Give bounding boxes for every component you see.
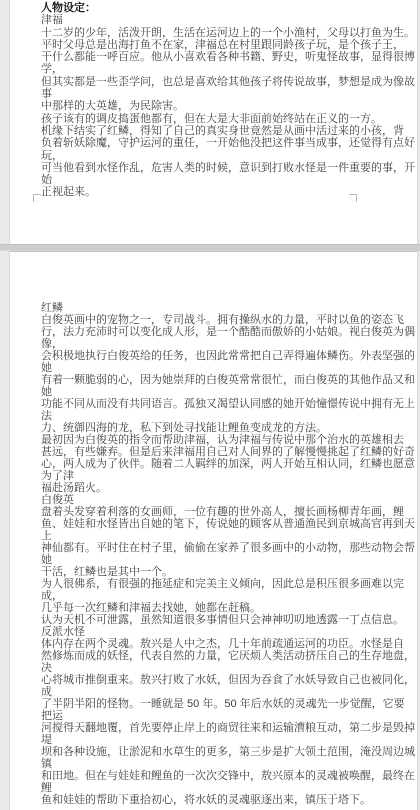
page-gap — [0, 244, 420, 251]
text-line: 坝和各种设施，让淤泥和水草生的更多，第三步是扩大领土范围，淹没周边城 — [41, 746, 371, 758]
text-line: 她 — [41, 386, 371, 398]
text-line: 事 — [41, 88, 371, 100]
text-line: 但其实都是一些歪学问，也总是喜欢给其他孩子将传说故事，梦想是成为像故 — [41, 76, 371, 88]
text-line: 干什么都能一呼百应。他从小喜欢看各种书籍、野史，听鬼怪故事，显得很博 — [41, 51, 371, 63]
text-line: 决 — [41, 662, 371, 674]
text-line: 白俊英 — [41, 494, 371, 506]
text-line: 为了津 — [41, 470, 371, 482]
text-line: 甚远，有些嫌弃。但是后来津福用自己对人间界的了解慢慢挑起了红鳞的好奇 — [41, 446, 371, 458]
text-line: 十二岁的少年，活泼开朗，生活在运河边上的一个小渔村，父母以打鱼为生。 — [41, 27, 371, 39]
page-1-lines: 津福十二岁的少年，活泼开朗，生活在运河边上的一个小渔村，父母以打鱼为生。平时父母… — [41, 14, 371, 198]
text-line: 干活，红鳞也是其中一个。 — [41, 566, 371, 578]
text-line: 认为天机不可泄露，虽然知道很多事情但只会神神叨叨地透露一丁点信息。 — [41, 614, 371, 626]
text-line: 负着斩妖除魔，守护运河的重任，一开始他没把这件事当成事，还觉得有点好 — [41, 137, 371, 149]
text-line: 体内存在两个灵魂。敖兴是人中之杰，几十年前疏通运河的功臣。水怪是自 — [41, 638, 371, 650]
text-line: 平时父母总是出海打鱼不在家，津福总在村里跟同龄孩子玩，是个孩子王， — [41, 39, 371, 51]
text-line: 成， — [41, 590, 371, 602]
text-line: 白俊英画中的宠物之一，专司战斗。拥有操纵水的力量，平时以鱼的姿态飞 — [41, 314, 371, 326]
text-line: 红鳞 — [41, 302, 371, 314]
text-line: 津福 — [41, 14, 371, 26]
page-1: 人物设定： 津福十二岁的少年，活泼开朗，生活在运河边上的一个小渔村，父母以打鱼为… — [9, 0, 418, 245]
text-line: 功能不同从而没有共同语言。孤独又渴望认同感的她开始憧憬传说中拥有无上 — [41, 398, 371, 410]
text-line: 福赴汤蹈火。 — [41, 482, 371, 494]
page-1-text: 人物设定： 津福十二岁的少年，活泼开朗，生活在运河边上的一个小渔村，父母以打鱼为… — [41, 2, 371, 199]
text-line: 堤 — [41, 734, 371, 746]
text-line: 几乎每一次红鳞和津福去找她，她都在赶稿。 — [41, 602, 371, 614]
text-line: 玩， — [41, 150, 371, 162]
text-line: 镇 — [41, 758, 371, 770]
text-line: 鱼和娃娃的帮助下重拾初心，将水妖的灵魂驱逐出来，镇压于塔下。 — [41, 794, 371, 806]
text-line: 反派水怪 — [41, 626, 371, 638]
document-scroll-area[interactable]: 人物设定： 津福十二岁的少年，活泼开朗，生活在运河边上的一个小渔村，父母以打鱼为… — [0, 0, 420, 810]
text-line: 可当他看到水怪作乱，危害人类的时候，意识到打败水怪是一件重要的事，开 — [41, 162, 371, 174]
text-line: 法 — [41, 410, 371, 422]
text-line: 上 — [41, 530, 371, 542]
margin-corner-mark — [33, 194, 41, 202]
text-line: 力、统御四海的龙，私下到处寻找能让鲤鱼变成龙的方法。 — [41, 422, 371, 434]
page-2: 红鳞白俊英画中的宠物之一，专司战斗。拥有操纵水的力量，平时以鱼的姿态飞行，法力充… — [9, 251, 418, 810]
text-line: 行，法力充沛时可以变化成人形，是一个酷酷而傲娇的小姑娘。视白俊英为偶 — [41, 326, 371, 338]
text-line: 孩子该有的调皮捣蛋他都有，但在大是大非面前始终站在正义的一方。 — [41, 113, 371, 125]
text-line: 成 — [41, 686, 371, 698]
section-heading-character-settings: 人物设定： — [41, 2, 371, 14]
text-line: 然修炼而成的妖怪，代表自然的力量，它厌烦人类活动挤压自己的生存地盘， — [41, 650, 371, 662]
text-line: 心将城市推倒重来。敖兴打败了水妖，但因为吞食了水妖导致自己也被同化， — [41, 674, 371, 686]
text-line: 机缘下结实了红鳞，得知了自己的真实身世竟然是从画中活过来的小孩，背 — [41, 125, 371, 137]
page-2-text: 红鳞白俊英画中的宠物之一，专司战斗。拥有操纵水的力量，平时以鱼的姿态飞行，法力充… — [41, 302, 371, 806]
text-line: 把运 — [41, 710, 371, 722]
text-line: 鲤 — [41, 782, 371, 794]
text-line: 始 — [41, 174, 371, 186]
text-line: 了半阴半阳的怪物。一睡就是 50 年。50 年后水妖的灵魂先一步觉醒，它要 — [41, 698, 371, 710]
text-line: 神仙都有。平时住在村子里，偷偷在家养了很多画中的小动物，那些动物会帮 — [41, 542, 371, 554]
text-line: 学， — [41, 63, 371, 75]
text-line: 她 — [41, 362, 371, 374]
text-line: 有着一颗脆弱的心，因为她崇拜的白俊英常常很忙，而白俊英的其他作品又和 — [41, 374, 371, 386]
page-2-lines: 红鳞白俊英画中的宠物之一，专司战斗。拥有操纵水的力量，平时以鱼的姿态飞行，法力充… — [41, 302, 371, 806]
text-line: 盘着头发穿着利落的女画师，一位有趣的世外高人，擅长画杨柳青年画，鲤 — [41, 506, 371, 518]
text-line: 像， — [41, 338, 371, 350]
text-line: 正视起来。 — [41, 186, 371, 198]
text-line: 会积极地执行白俊英给的任务，也因此常常把自己弄得遍体鳞伤。外表坚强的 — [41, 350, 371, 362]
text-line: 她 — [41, 554, 371, 566]
margin-corner-mark — [349, 194, 357, 202]
text-line: 和田地。但在与娃娃和鲤鱼的一次次交锋中，敖兴原本的灵魂被唤醒，最终在 — [41, 770, 371, 782]
text-line: 鱼、娃娃和水怪皆出自她的笔下，传说她的顾客从普通渔民到京城高官再到天 — [41, 518, 371, 530]
text-line: 中那样的大英雄，为民除害。 — [41, 100, 371, 112]
text-line: 最初因为白俊英的指令而帮助津福，认为津福与传说中那个治水的英雄相去 — [41, 434, 371, 446]
text-line: 为人很佛系，有很强的拖延症和完美主义倾向，因此总是积压很多画难以完 — [41, 578, 371, 590]
text-line: 心，两人成为了伙伴。随着二人羁绊的加深，两人开始互相认同，红鳞也愿意 — [41, 458, 371, 470]
text-line: 河搅得天翻地覆，首先要停止岸上的商贸往来和运输漕粮互动，第二步是毁掉 — [41, 722, 371, 734]
